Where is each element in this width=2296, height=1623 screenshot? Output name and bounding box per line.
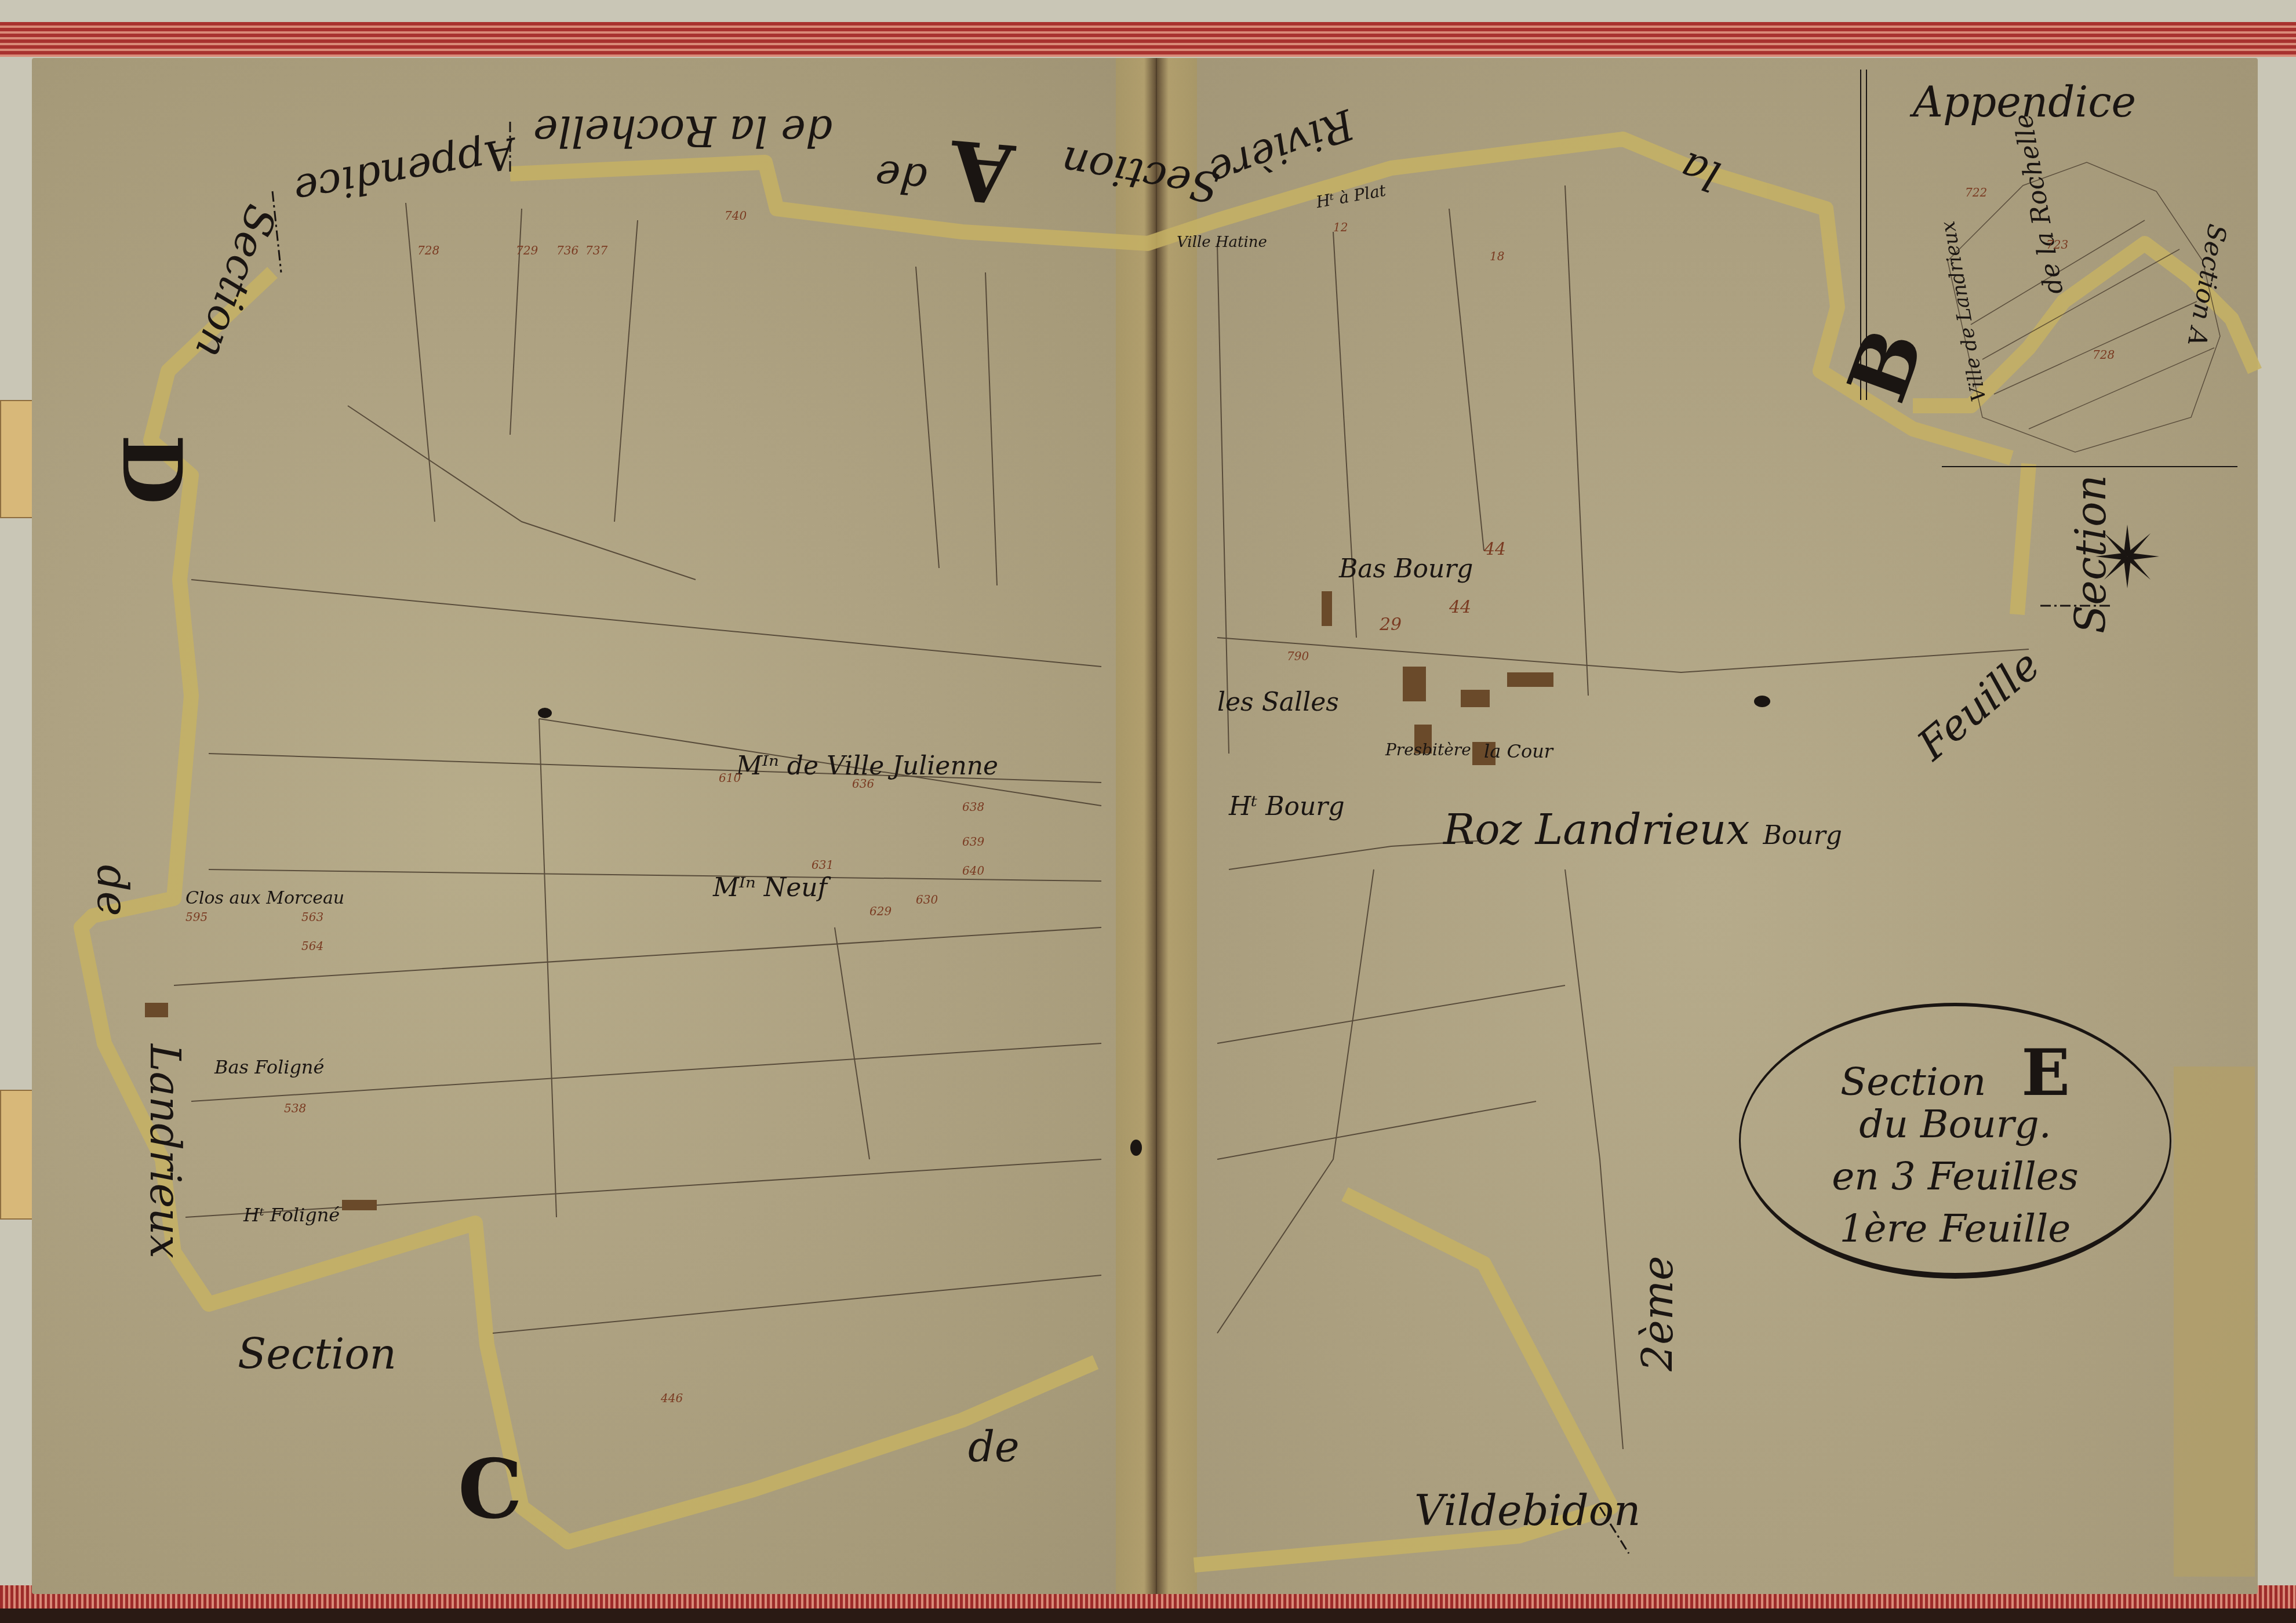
place-bas-foligne: Bas Foligné bbox=[214, 1058, 324, 1076]
parcel-number: 728 bbox=[2093, 348, 2115, 362]
parcel-number: 638 bbox=[962, 800, 984, 814]
parcel-number: 446 bbox=[661, 1391, 683, 1405]
parcel-number: 736 bbox=[556, 243, 578, 257]
place-clos-morcau: Clos aux Morceau bbox=[185, 890, 344, 907]
cartouche-line-4: 1ère Feuille bbox=[1741, 1206, 2170, 1251]
parcel-number: 722 bbox=[1965, 185, 1987, 199]
place-la-cour: la Cour bbox=[1484, 742, 1553, 760]
cartouche-section-word: Section bbox=[1840, 1060, 1986, 1104]
town-label: Roz Landrieux Bourg bbox=[1443, 809, 1842, 850]
place-bas-bourg: Bas Bourg bbox=[1339, 556, 1473, 582]
parcel-number: 740 bbox=[725, 209, 747, 223]
parcel-number: 563 bbox=[301, 910, 323, 924]
parcel-number: 610 bbox=[719, 771, 741, 785]
parcel-number: 790 bbox=[1287, 649, 1309, 663]
boundary-west-landrieux: Landrieux bbox=[144, 1044, 186, 1258]
cartouche-line-3: en 3 Feuilles bbox=[1741, 1154, 2170, 1199]
parcel-number: 538 bbox=[284, 1101, 306, 1115]
place-ville-hatine: Ville Hatine bbox=[1177, 235, 1267, 250]
parcel-number: 595 bbox=[185, 910, 208, 924]
boundary-section-letter-C: C bbox=[458, 1449, 522, 1530]
parcel-number: 631 bbox=[812, 858, 834, 872]
appendix-parcels bbox=[1948, 162, 2220, 452]
place-presbytere: Presbitère bbox=[1385, 742, 1471, 758]
cartouche-section-letter: E bbox=[2021, 1035, 2070, 1110]
boundary-vildebidon: Vildebidon bbox=[1414, 1490, 1640, 1531]
buildings bbox=[145, 591, 1553, 1210]
parcel-number: 640 bbox=[962, 864, 984, 878]
town-suffix: Bourg bbox=[1763, 821, 1842, 850]
parcel-number: 723 bbox=[2046, 238, 2068, 252]
boundary-de: de bbox=[874, 154, 929, 200]
parcel-number: 639 bbox=[962, 835, 984, 849]
boundary-de-la-rochelle: de la Rochelle bbox=[533, 110, 832, 152]
place-haut-foligne: Hᵗ Foligné bbox=[243, 1206, 340, 1224]
ink-blots bbox=[538, 696, 1770, 1156]
cartouche-line-2: du Bourg. bbox=[1741, 1102, 2170, 1147]
parcel-number: 564 bbox=[301, 939, 323, 953]
parcel-number: 29 bbox=[1380, 614, 1402, 635]
boundary-section-letter-D: D bbox=[111, 434, 192, 504]
parcel-number: 12 bbox=[1333, 220, 1348, 234]
parcel-number: 629 bbox=[869, 904, 892, 918]
town-name: Roz Landrieux bbox=[1443, 805, 1750, 854]
parcel-number: 636 bbox=[852, 777, 874, 791]
parcel-number: 44 bbox=[1449, 597, 1471, 617]
boundary-west-de: de bbox=[92, 865, 133, 916]
parcel-number: 44 bbox=[1484, 539, 1506, 559]
parcel-number: 737 bbox=[585, 243, 607, 257]
boundary-east-section: Section bbox=[2070, 475, 2112, 634]
parcel-number: 729 bbox=[516, 243, 538, 257]
parcel-number: 630 bbox=[916, 893, 938, 907]
map-title-cartouche: Section E du Bourg. en 3 Feuilles 1ère F… bbox=[1739, 1003, 2171, 1279]
boundary-southwest-de: de bbox=[968, 1426, 1020, 1468]
boundary-section-letter-A: A bbox=[947, 128, 1017, 214]
boundary-deuxieme: 2ème bbox=[1637, 1256, 1679, 1371]
boundary-southwest-section: Section bbox=[238, 1333, 396, 1375]
place-les-salles: les Salles bbox=[1217, 690, 1339, 715]
parcel-number: 728 bbox=[417, 243, 439, 257]
place-haut-bourg: Hᵗ Bourg bbox=[1229, 794, 1345, 820]
place-moulin-neuf: Mᴵⁿ Neuf bbox=[713, 875, 827, 901]
place-moulin-ville-julienne: Mᴵⁿ de Ville Julienne bbox=[736, 754, 998, 779]
parcel-number: 18 bbox=[1490, 249, 1504, 263]
